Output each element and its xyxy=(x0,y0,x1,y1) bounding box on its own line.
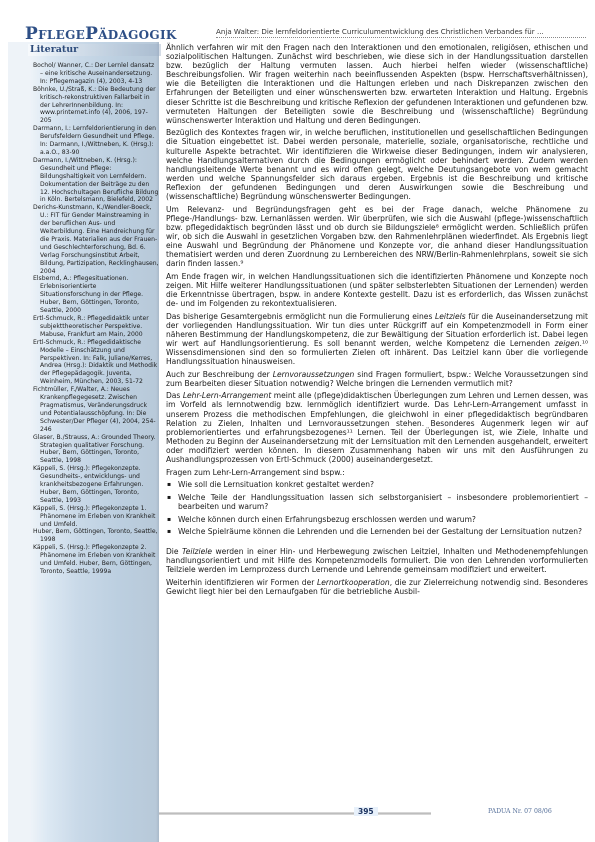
emphasis-term: zeigen xyxy=(555,339,580,348)
sidebar-title: Literatur xyxy=(28,44,161,56)
reference-item: Fichtmüller, F./Walter, A.: Neues Kranke… xyxy=(33,386,159,433)
reference-item: Ertl-Schmuck, R.: Pflegedidaktische Mode… xyxy=(33,339,159,386)
text-span: werden in einer Hin- und Herbewegung zwi… xyxy=(166,547,588,574)
brand-word-2: ÄDAGOGIK xyxy=(98,28,176,42)
paragraph-interactions: Ähnlich verfahren wir mit den Fragen nac… xyxy=(166,43,588,125)
question-list: Wie soll die Lernsituation konkret gesta… xyxy=(166,480,588,536)
paragraph-relevance: Um Relevanz- und Begründungsfragen geht … xyxy=(166,205,588,269)
reference-item: Käppeli, S. (Hrsg.): Pflegekonzepte 2. P… xyxy=(33,544,159,576)
literature-sidebar: Literatur Bochol/ Wanner, C.: Der Lernle… xyxy=(8,42,159,842)
paragraph-teilziele: Die Teilziele werden in einer Hin- und H… xyxy=(166,547,588,574)
text-span: Weiterhin identifizieren wir Formen der xyxy=(166,578,317,587)
footer-divider xyxy=(159,812,431,815)
paragraph-lehr-lern-arrangement: Das Lehr-Lern-Arrangement meint alle (pf… xyxy=(166,391,588,464)
reference-item: Bochol/ Wanner, C.: Der Lernlel dansatz … xyxy=(33,62,159,86)
question-item: Welche Teile der Handlungssituation lass… xyxy=(166,493,588,511)
reference-item: Derichs-Kunstmann, K./Wendler-Boeck, U.:… xyxy=(33,204,159,275)
paragraph-transfer: Am Ende fragen wir, in welchen Handlungs… xyxy=(166,272,588,308)
reference-item: Huber, Bern, Göttingen, Toronto, Seattle… xyxy=(33,528,159,544)
reference-list: Bochol/ Wanner, C.: Der Lernlel dansatz … xyxy=(33,62,159,576)
emphasis-term: Leitziels xyxy=(435,312,466,321)
text-span: meint alle (pflege)didaktischen Überlegu… xyxy=(166,391,588,464)
running-head: Anja Walter: Die lernfeldorientierte Cur… xyxy=(216,27,586,38)
paragraph-questions-intro: Fragen zum Lehr-Lern-Arrangement sind bs… xyxy=(166,468,588,477)
question-item: Wie soll die Lernsituation konkret gesta… xyxy=(166,480,588,489)
reference-item: Böhnke, U./Straß, K.: Die Bedeutung der … xyxy=(33,86,159,126)
paragraph-context: Bezüglich des Kontextes fragen wir, in w… xyxy=(166,128,588,201)
brand-initial-1: P xyxy=(25,24,38,44)
reference-item: Glaser, B./Strauss, A.: Grounded Theory.… xyxy=(33,434,159,466)
reference-item: Darmann, I.: Lernfeldorientierung in den… xyxy=(33,125,159,157)
issue-label: PADUA Nr. 07 08/06 xyxy=(488,808,552,815)
article-body: Ähnlich verfahren wir mit den Fragen nac… xyxy=(166,43,588,600)
paragraph-lernortkooperation: Weiterhin identifizieren wir Formen der … xyxy=(166,578,588,596)
page-number: 395 xyxy=(354,807,378,816)
emphasis-term: Lernortkooperation xyxy=(317,578,390,587)
question-item: Welche können durch einen Erfahrungsbezu… xyxy=(166,515,588,524)
reference-item: Darmann, I./Wittneben, K. (Hrsg.): Gesun… xyxy=(33,157,159,204)
reference-item: Ertl-Schmuck, R.: Pflegedidaktik unter s… xyxy=(33,315,159,339)
text-span: Auch zur Beschreibung der xyxy=(166,370,273,379)
question-item: Welche Spielräume können die Lehrenden u… xyxy=(166,527,588,536)
emphasis-term: Lehr-Lern-Arrangement xyxy=(183,391,271,400)
reference-item: Elsbernd, A.: Pflegesituationen. Erlebni… xyxy=(33,275,159,315)
text-span: Das bisherige Gesamtergebnis ermöglicht … xyxy=(166,312,435,321)
journal-brand-logo: PFLEGEPÄDAGOGIK xyxy=(25,24,177,44)
emphasis-term: Teilziele xyxy=(182,547,212,556)
text-span: Die xyxy=(166,547,182,556)
brand-word-1: FLEGE xyxy=(38,28,85,42)
emphasis-term: Lernvoraussetzungen xyxy=(273,370,355,379)
brand-initial-2: P xyxy=(85,24,98,44)
paragraph-lernvoraussetzungen: Auch zur Beschreibung der Lernvoraussetz… xyxy=(166,370,588,388)
reference-item: Käppeli, S. (Hrsg.): Pflegekonzepte 1. P… xyxy=(33,505,159,529)
text-span: Das xyxy=(166,391,183,400)
paragraph-leitziel: Das bisherige Gesamtergebnis ermöglicht … xyxy=(166,312,588,367)
reference-item: Käppeli, S. (Hrsg.): Pflegekonzepte. Ges… xyxy=(33,465,159,505)
